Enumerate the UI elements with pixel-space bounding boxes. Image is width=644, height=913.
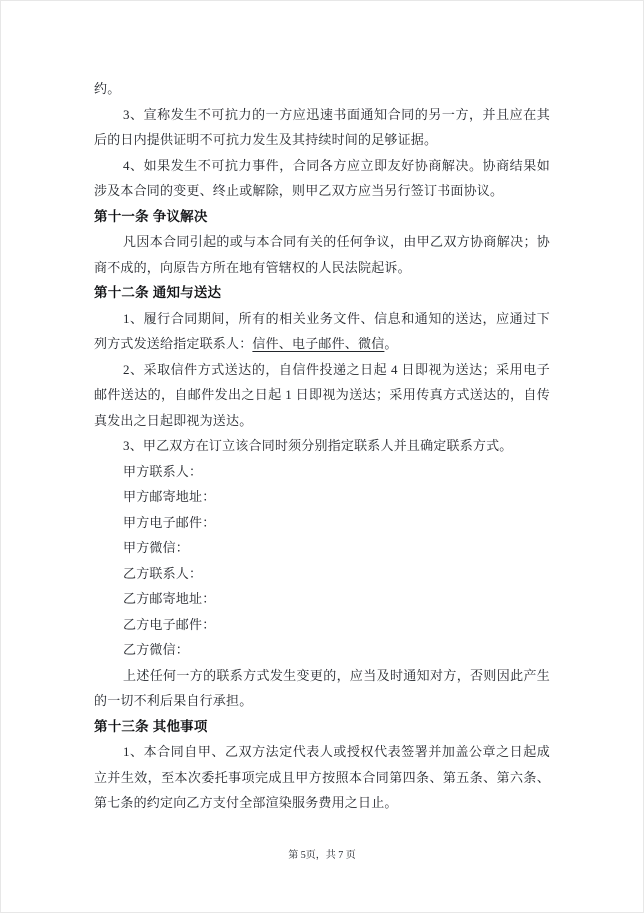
text-run: 乙方邮寄地址：: [123, 591, 215, 606]
text-run: 甲方联系人：: [123, 464, 202, 479]
contact-line-party-b-wechat: 乙方微信：: [94, 637, 550, 663]
text-run: 。: [384, 336, 397, 351]
contact-line-party-a-email: 甲方电子邮件：: [94, 510, 550, 536]
text-run: 2、采取信件方式送达的，自信件投递之日起 4 日即视为送达；采用电子邮件送达的，…: [94, 362, 550, 428]
text-run: 乙方联系人：: [123, 566, 202, 581]
page-footer: 第 5页，共 7 页: [1, 846, 643, 866]
paragraph-contact-change: 上述任何一方的联系方式发生变更的，应当及时通知对方，否则因此产生的一切不利后果自…: [94, 663, 550, 714]
text-run: 3、宣称发生不可抗力的一方应迅速书面通知合同的另一方，并且应在其后的日内提供证明…: [94, 107, 550, 148]
paragraph-force-majeure-4: 4、如果发生不可抗力事件，合同各方应立即友好协商解决。协商结果如涉及本合同的变更…: [94, 153, 550, 204]
text-run: 约。: [94, 81, 120, 96]
contact-line-party-a-contact: 甲方联系人：: [94, 459, 550, 485]
paragraph-dispute-resolution: 凡因本合同引起的或与本合同有关的任何争议，由甲乙双方协商解决；协商不成的，向原告…: [94, 229, 550, 280]
text-run: 第十一条 争议解决: [94, 209, 208, 224]
contact-line-party-b-address: 乙方邮寄地址：: [94, 586, 550, 612]
heading-article-11: 第十一条 争议解决: [94, 204, 550, 230]
paragraph-other-matters-1: 1、本合同自甲、乙双方法定代表人或授权代表签署并加盖公章之日起成立并生效，至本次…: [94, 739, 550, 816]
text-run: 甲方微信：: [123, 540, 189, 555]
paragraph-force-majeure-3: 3、宣称发生不可抗力的一方应迅速书面通知合同的另一方，并且应在其后的日内提供证明…: [94, 102, 550, 153]
paragraph-notice-3: 3、甲乙双方在订立该合同时须分别指定联系人并且确定联系方式。: [94, 433, 550, 459]
paragraph-continuation: 约。: [94, 76, 550, 102]
text-run: 第十三条 其他事项: [94, 719, 208, 734]
text-run: 甲方电子邮件：: [123, 515, 215, 530]
heading-article-13: 第十三条 其他事项: [94, 714, 550, 740]
contact-line-party-b-email: 乙方电子邮件：: [94, 612, 550, 638]
text-run: 乙方电子邮件：: [123, 617, 215, 632]
document-body: 约。3、宣称发生不可抗力的一方应迅速书面通知合同的另一方，并且应在其后的日内提供…: [94, 76, 550, 816]
contract-document-page: 约。3、宣称发生不可抗力的一方应迅速书面通知合同的另一方，并且应在其后的日内提供…: [0, 0, 644, 913]
underlined-text-run: 信件、电子邮件、微信: [252, 336, 384, 351]
contact-line-party-a-address: 甲方邮寄地址：: [94, 484, 550, 510]
text-run: 第十二条 通知与送达: [94, 285, 221, 300]
text-run: 3、甲乙双方在订立该合同时须分别指定联系人并且确定联系方式。: [123, 438, 513, 453]
contact-line-party-a-wechat: 甲方微信：: [94, 535, 550, 561]
page-number-label: 第 5页，共 7 页: [288, 850, 356, 861]
text-run: 4、如果发生不可抗力事件，合同各方应立即友好协商解决。协商结果如涉及本合同的变更…: [94, 158, 550, 199]
contact-line-party-b-contact: 乙方联系人：: [94, 561, 550, 587]
text-run: 乙方微信：: [123, 642, 189, 657]
paragraph-notice-1: 1、履行合同期间，所有的相关业务文件、信息和通知的送达，应通过下列方式发送给指定…: [94, 306, 550, 357]
text-run: 上述任何一方的联系方式发生变更的，应当及时通知对方，否则因此产生的一切不利后果自…: [94, 668, 550, 709]
text-run: 甲方邮寄地址：: [123, 489, 215, 504]
text-run: 1、本合同自甲、乙双方法定代表人或授权代表签署并加盖公章之日起成立并生效，至本次…: [94, 744, 550, 810]
paragraph-notice-2: 2、采取信件方式送达的，自信件投递之日起 4 日即视为送达；采用电子邮件送达的，…: [94, 357, 550, 434]
heading-article-12: 第十二条 通知与送达: [94, 280, 550, 306]
text-run: 凡因本合同引起的或与本合同有关的任何争议，由甲乙双方协商解决；协商不成的，向原告…: [94, 234, 550, 275]
